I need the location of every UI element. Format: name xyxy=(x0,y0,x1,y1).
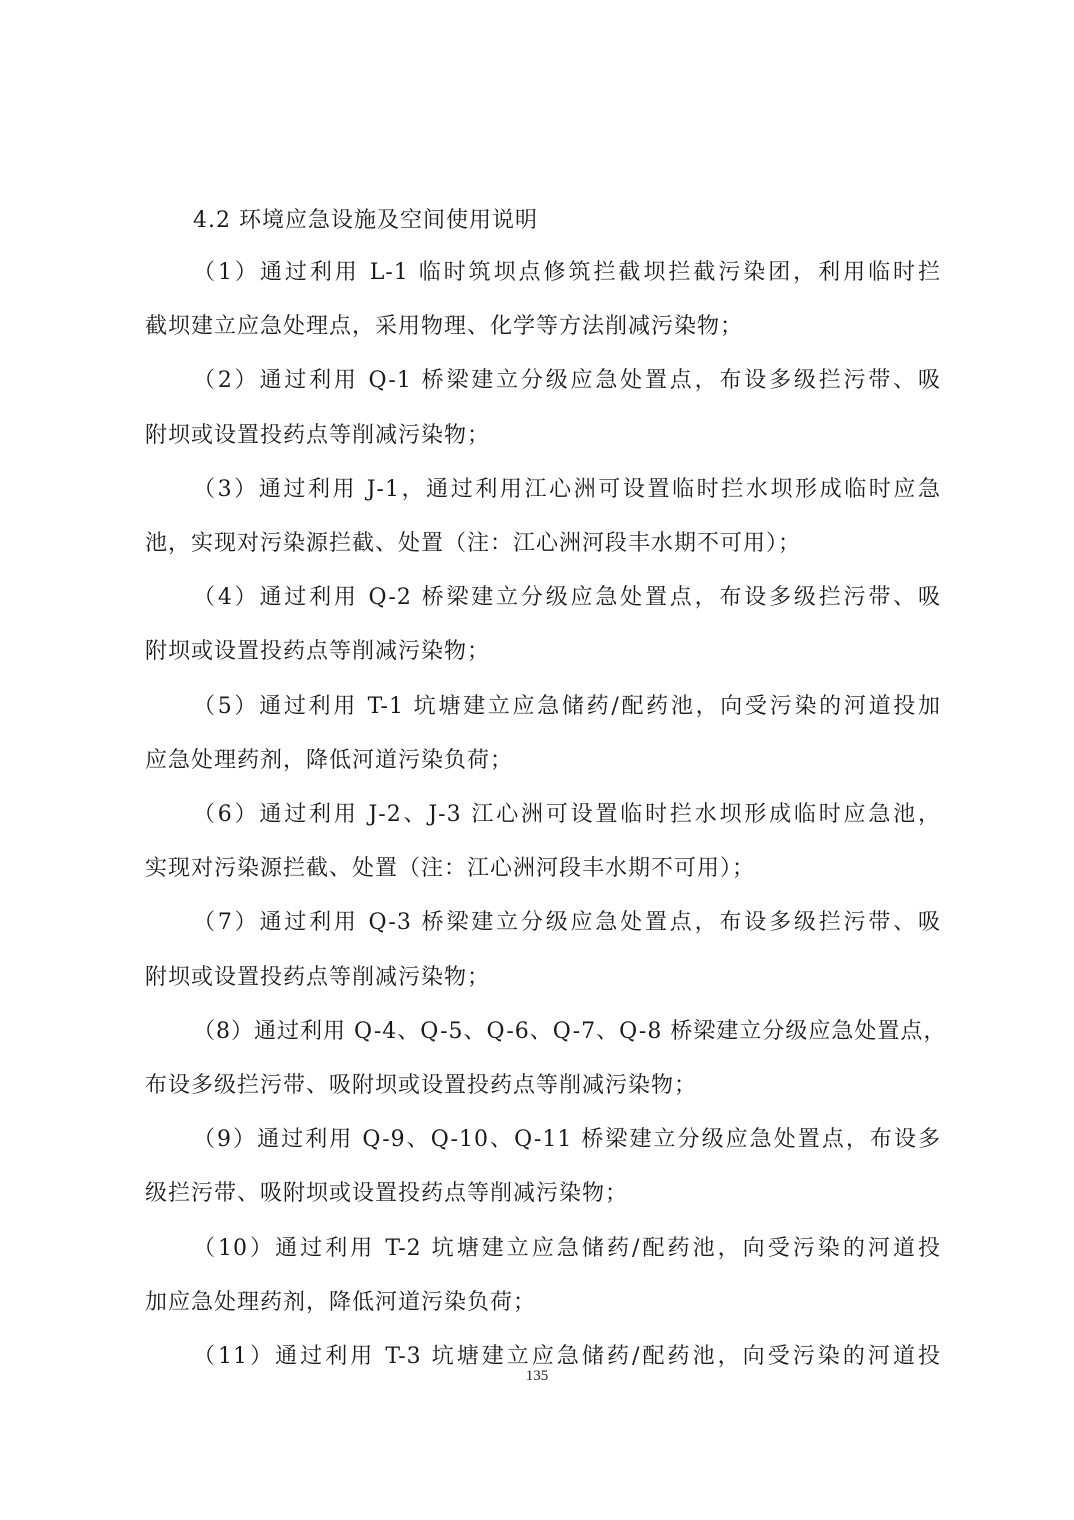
paragraph-line: （1）通过利用 L-1 临时筑坝点修筑拦截坝拦截污染团，利用临时拦 xyxy=(193,258,941,288)
paragraph-line: （2）通过利用 Q-1 桥梁建立分级应急处置点，布设多级拦污带、吸 xyxy=(193,366,941,396)
paragraph-line: （7）通过利用 Q-3 桥梁建立分级应急处置点，布设多级拦污带、吸 xyxy=(193,908,941,938)
paragraph-line: 布设多级拦污带、吸附坝或设置投药点等削减污染物； xyxy=(145,1071,941,1101)
paragraph-line: （6）通过利用 J-2、J-3 江心洲可设置临时拦水坝形成临时应急池， xyxy=(193,800,941,830)
paragraph-line: （3）通过利用 J-1，通过利用江心洲可设置临时拦水坝形成临时应急 xyxy=(193,475,941,505)
page-number: 135 xyxy=(0,1368,1074,1385)
paragraph-line: （5）通过利用 T-1 坑塘建立应急储药/配药池，向受污染的河道投加 xyxy=(193,692,941,722)
paragraph-line: 池，实现对污染源拦截、处置（注：江心洲河段丰水期不可用）； xyxy=(145,529,941,559)
paragraph-line: 加应急处理药剂，降低河道污染负荷； xyxy=(145,1288,941,1318)
paragraph-line: 应急处理药剂，降低河道污染负荷； xyxy=(145,746,941,776)
paragraph-line: 级拦污带、吸附坝或设置投药点等削减污染物； xyxy=(145,1179,941,1209)
paragraph-line: （10）通过利用 T-2 坑塘建立应急储药/配药池，向受污染的河道投 xyxy=(193,1234,941,1264)
section-heading: 4.2 环境应急设施及空间使用说明 xyxy=(193,206,538,236)
paragraph-line: （4）通过利用 Q-2 桥梁建立分级应急处置点，布设多级拦污带、吸 xyxy=(193,583,941,613)
paragraph-line: 附坝或设置投药点等削减污染物； xyxy=(145,637,941,667)
paragraph-line: 截坝建立应急处理点，采用物理、化学等方法削减污染物； xyxy=(145,312,941,342)
paragraph-line: 附坝或设置投药点等削减污染物； xyxy=(145,421,941,451)
paragraph-line: （8）通过利用 Q-4、Q-5、Q-6、Q-7、Q-8 桥梁建立分级应急处置点， xyxy=(193,1017,941,1047)
paragraph-line: 实现对污染源拦截、处置（注：江心洲河段丰水期不可用）； xyxy=(145,854,941,884)
paragraph-line: （9）通过利用 Q-9、Q-10、Q-11 桥梁建立分级应急处置点，布设多 xyxy=(193,1125,941,1155)
paragraph-line: 附坝或设置投药点等削减污染物； xyxy=(145,963,941,993)
